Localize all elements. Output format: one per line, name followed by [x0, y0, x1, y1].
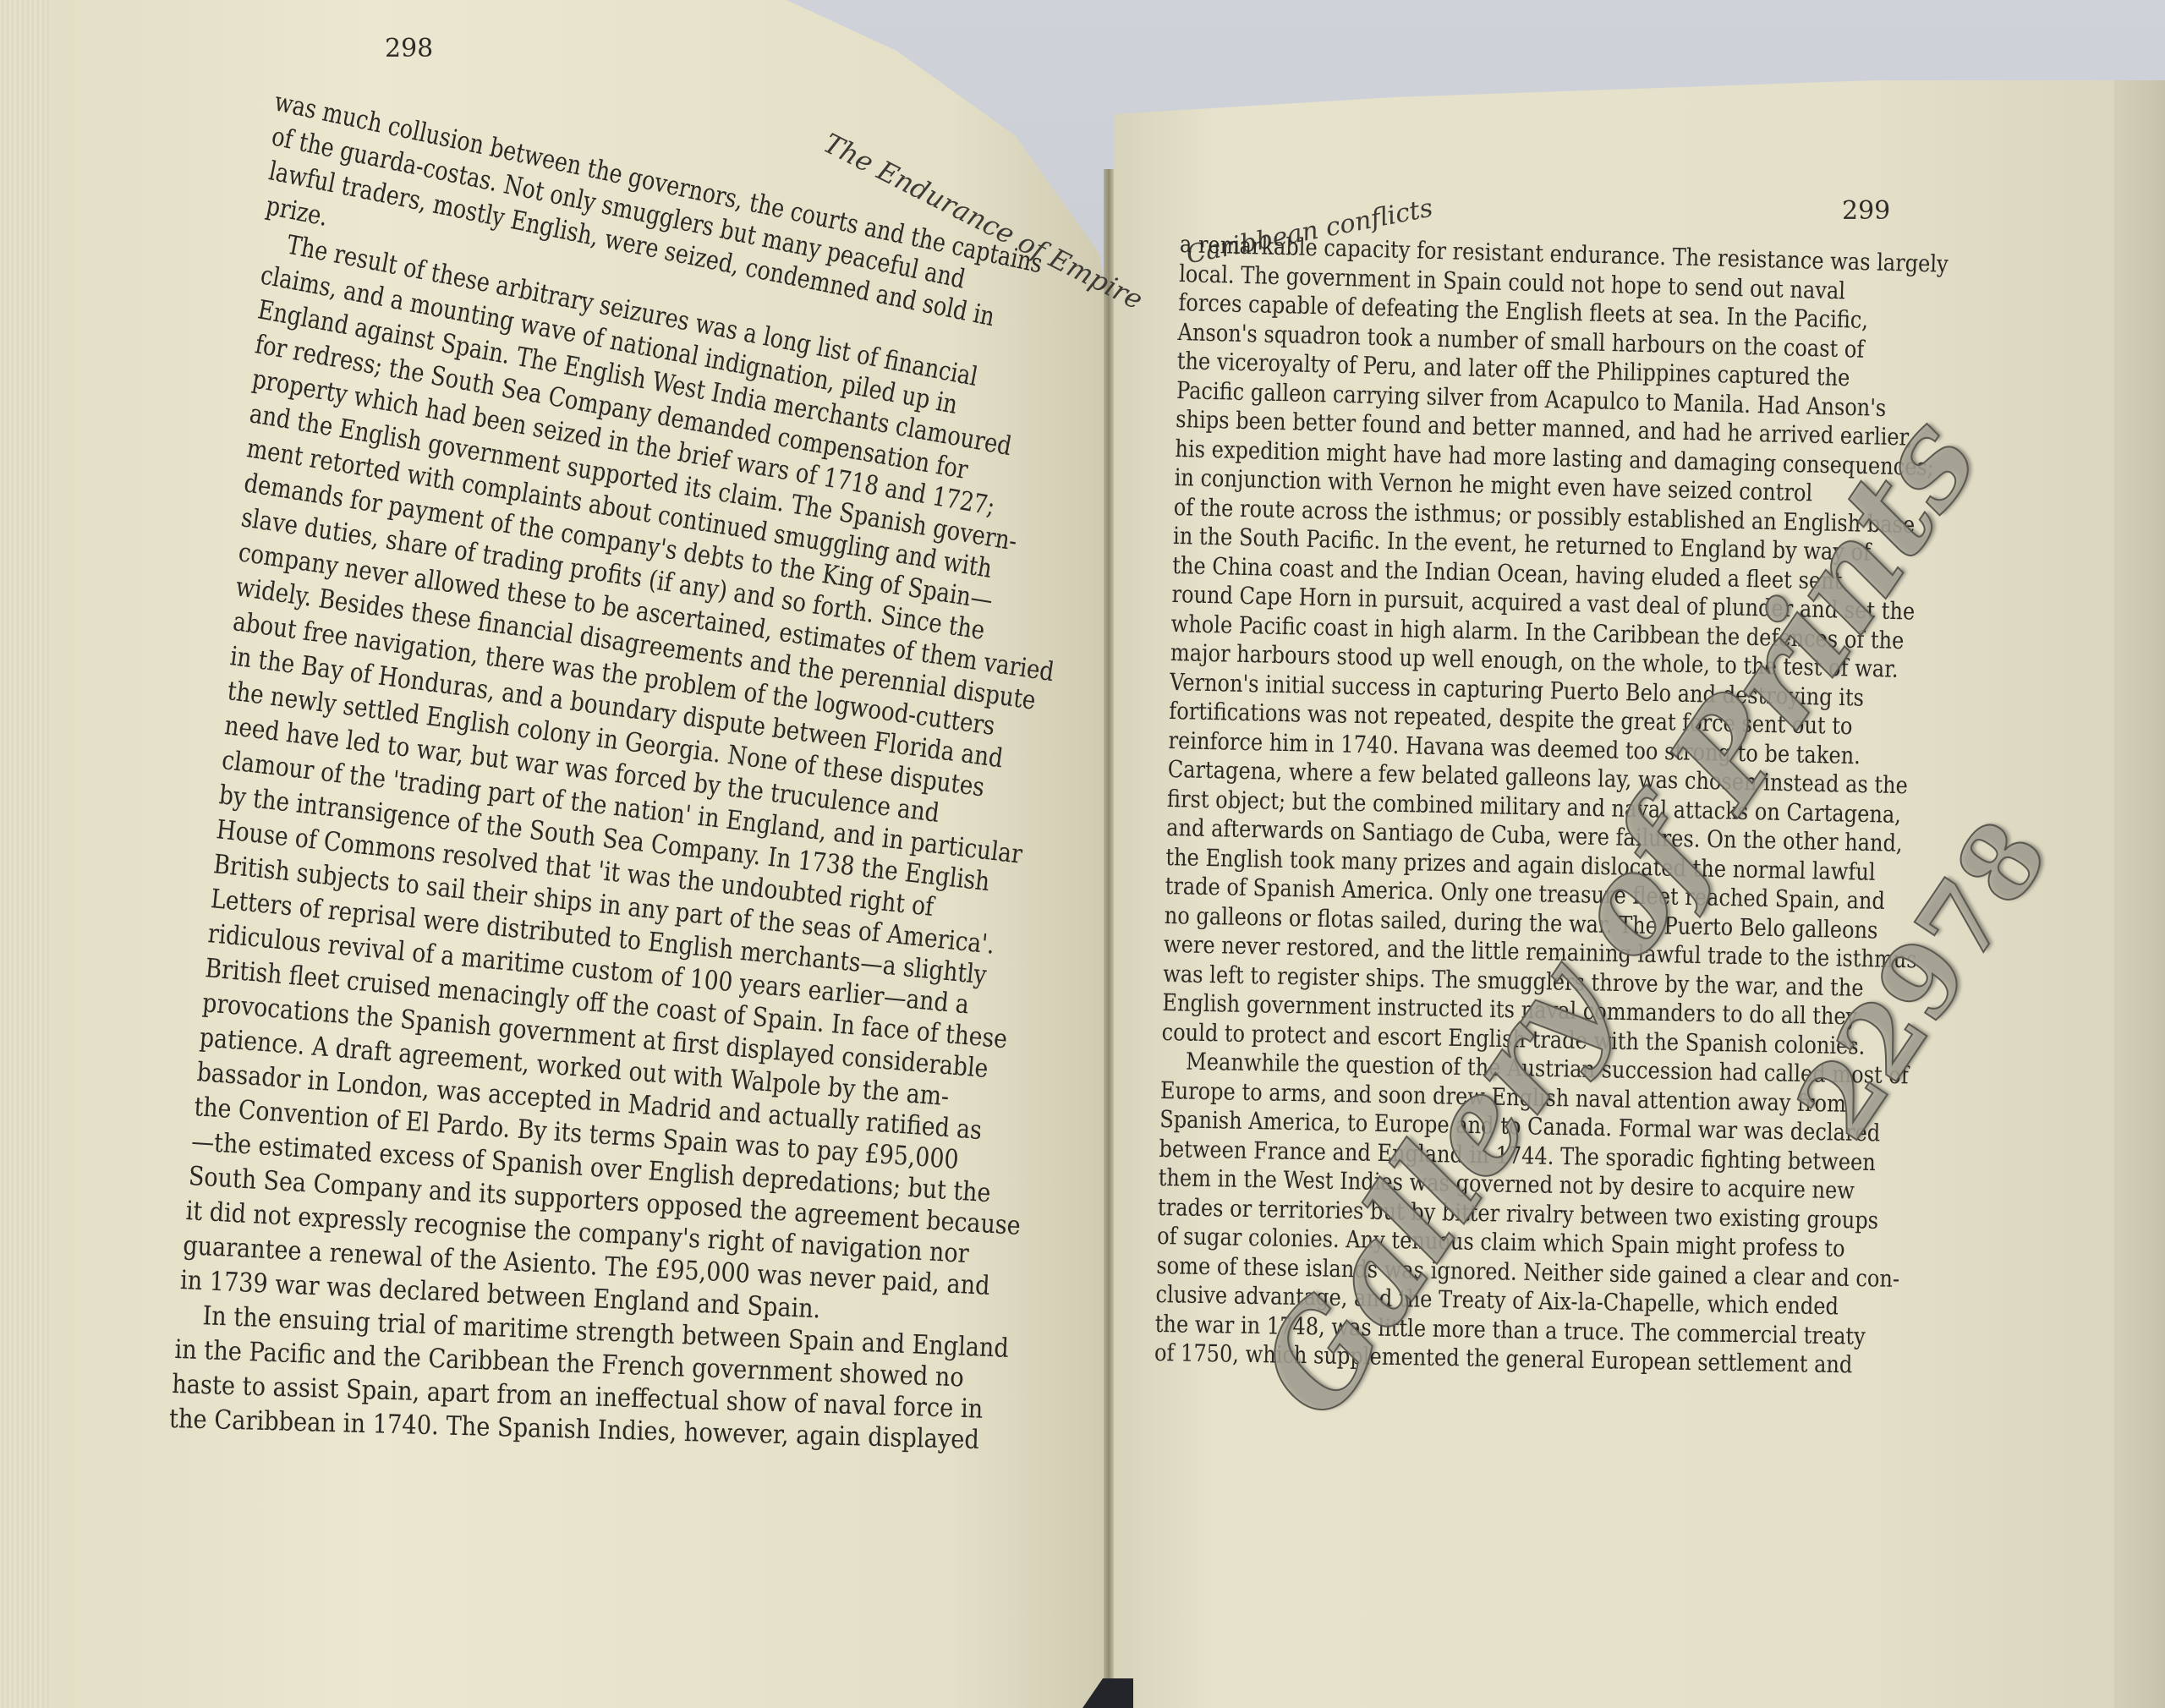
book-gutter	[1104, 169, 1114, 1708]
left-page-body-text: was much collusion between the governors…	[275, 85, 1061, 1437]
right-page-body-text: a remarkable capacity for resistant endu…	[1180, 230, 1941, 1368]
right-page-number: 299	[1842, 196, 1890, 226]
left-page-number: 298	[385, 34, 433, 63]
right-page-edge	[2114, 80, 2165, 1708]
